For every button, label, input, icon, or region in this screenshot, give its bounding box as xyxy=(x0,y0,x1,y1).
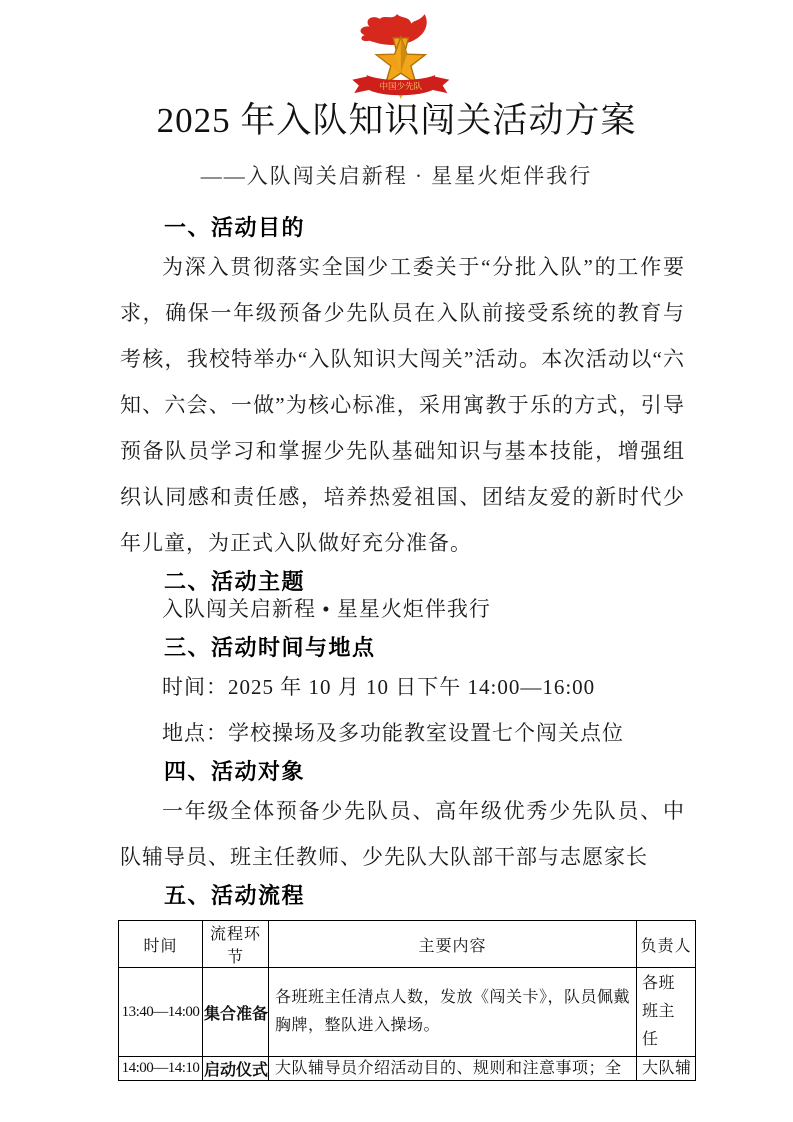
table-header-row: 时间 流程环节 主要内容 负责人 xyxy=(119,921,696,968)
paragraph-time: 时间：2025 年 10 月 10 日下午 14:00—16:00 xyxy=(120,664,685,710)
column-header-time: 时间 xyxy=(119,921,203,968)
cell-owner: 各班班主任 xyxy=(637,968,696,1057)
column-header-owner: 负责人 xyxy=(637,921,696,968)
column-header-content: 主要内容 xyxy=(269,921,637,968)
cell-time: 14:00—14:10 xyxy=(119,1057,203,1081)
document-body: 一、活动目的 为深入贯彻落实全国少工委关于“分批入队”的工作要求，确保一年级预备… xyxy=(120,212,685,1081)
logo-container: 中国少先队 xyxy=(0,0,793,95)
section-heading-time-place: 三、活动时间与地点 xyxy=(120,632,685,664)
page-title: 2025 年入队知识闯关活动方案 xyxy=(0,95,793,147)
cell-time: 13:40—14:00 xyxy=(119,968,203,1057)
page-subtitle: ——入队闯关启新程 · 星星火炬伴我行 xyxy=(0,161,793,191)
section-heading-audience: 四、活动对象 xyxy=(120,756,685,788)
cell-owner: 大队辅 xyxy=(637,1057,696,1081)
section-heading-schedule: 五、活动流程 xyxy=(120,880,685,912)
column-header-stage: 流程环节 xyxy=(203,921,269,968)
document-page: 中国少先队 2025 年入队知识闯关活动方案 ——入队闯关启新程 · 星星火炬伴… xyxy=(0,0,793,1122)
paragraph-place: 地点：学校操场及多功能教室设置七个闯关点位 xyxy=(120,710,685,756)
cell-content: 各班班主任清点人数，发放《闯关卡》，队员佩戴胸牌，整队进入操场。 xyxy=(269,968,637,1057)
paragraph-purpose: 为深入贯彻落实全国少工委关于“分批入队”的工作要求，确保一年级预备少先队员在入队… xyxy=(120,244,685,566)
cell-content: 大队辅导员介绍活动目的、规则和注意事项；全 xyxy=(269,1057,637,1081)
section-heading-purpose: 一、活动目的 xyxy=(120,212,685,244)
young-pioneers-emblem: 中国少先队 xyxy=(338,11,456,101)
ribbon-label: 中国少先队 xyxy=(379,80,422,91)
cell-stage: 集合准备 xyxy=(203,968,269,1057)
schedule-table: 时间 流程环节 主要内容 负责人 13:40—14:00 集合准备 各班班主任清… xyxy=(118,920,696,1081)
paragraph-theme: 入队闯关启新程 • 星星火炬伴我行 xyxy=(120,586,685,632)
cell-stage: 启动仪式 xyxy=(203,1057,269,1081)
table-row-clipped: 14:00—14:10 启动仪式 大队辅导员介绍活动目的、规则和注意事项；全 大… xyxy=(119,1057,696,1081)
table-row: 13:40—14:00 集合准备 各班班主任清点人数，发放《闯关卡》，队员佩戴胸… xyxy=(119,968,696,1057)
paragraph-audience: 一年级全体预备少先队员、高年级优秀少先队员、中队辅导员、班主任教师、少先队大队部… xyxy=(120,788,685,880)
